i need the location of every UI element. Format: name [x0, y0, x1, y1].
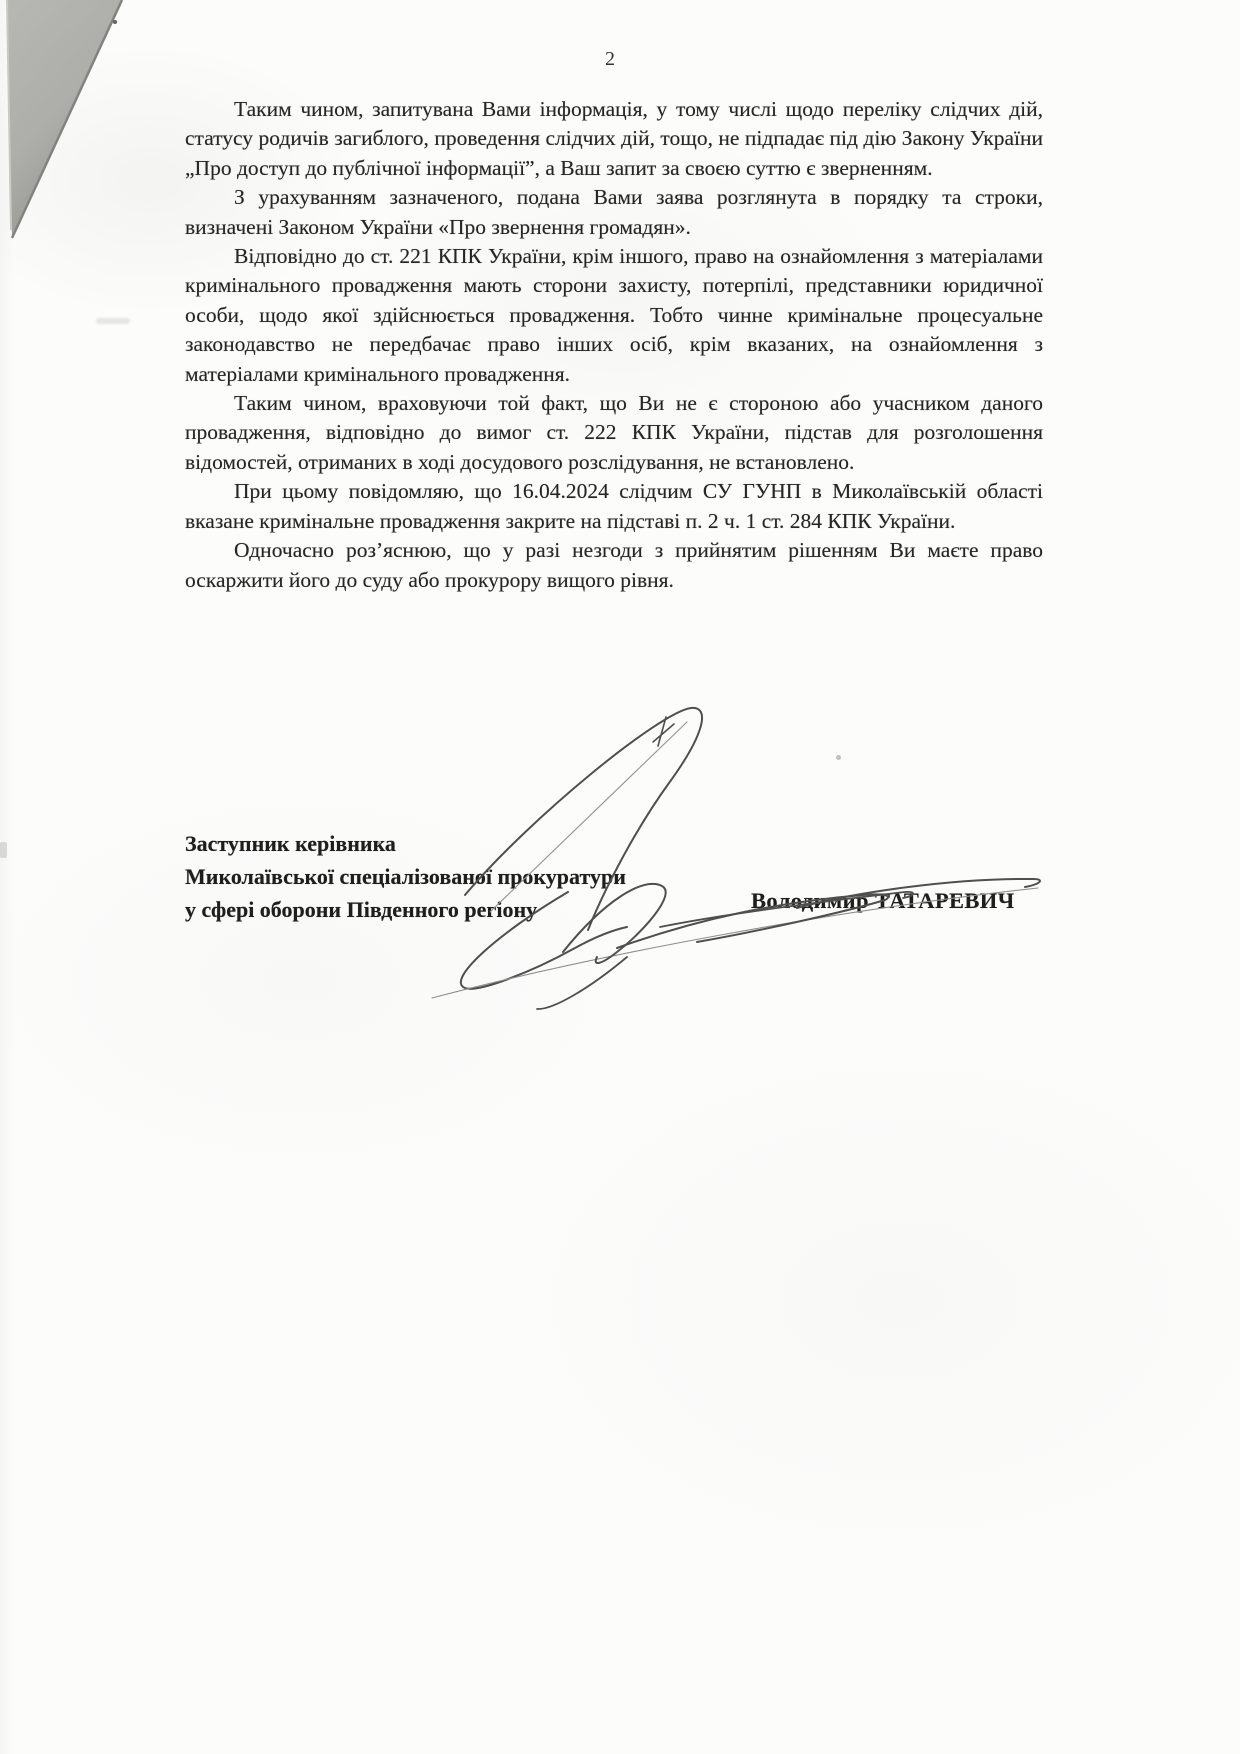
- corner-fold-shape: [0, 0, 150, 260]
- paragraph: При цьому повідомляю, що 16.04.2024 слід…: [185, 477, 1043, 536]
- letter-body: Таким чином, запитувана Вами інформація,…: [185, 95, 1043, 595]
- paragraph: Таким чином, враховуючи той факт, що Ви …: [185, 389, 1043, 477]
- signer-title-line: Миколаївської спеціалізованої прокуратур…: [185, 860, 626, 893]
- paragraph: Таким чином, запитувана Вами інформація,…: [185, 95, 1043, 183]
- scan-speck: [836, 755, 841, 760]
- signer-title-line: Заступник керівника: [185, 827, 626, 860]
- paragraph: З урахуванням зазначеного, подана Вами з…: [185, 183, 1043, 242]
- signer-title-line: у сфері оборони Південного регіону: [185, 893, 626, 926]
- paragraph: Відповідно до ст. 221 КПК України, крім …: [185, 242, 1043, 389]
- scanned-letter-page: 2 Таким чином, запитувана Вами інформаці…: [0, 0, 1240, 1754]
- page-corner-fold-artifact: [0, 0, 150, 260]
- scan-edge-mark: [0, 842, 7, 858]
- scan-smudge: [96, 318, 130, 324]
- paragraph: Одночасно роз’яснюю, що у разі незгоди з…: [185, 536, 1043, 595]
- page-number: 2: [598, 48, 622, 71]
- signature-block: Заступник керівника Миколаївської спеціа…: [185, 827, 626, 926]
- signer-name: Володимир ТАТАРЕВИЧ: [751, 888, 1015, 914]
